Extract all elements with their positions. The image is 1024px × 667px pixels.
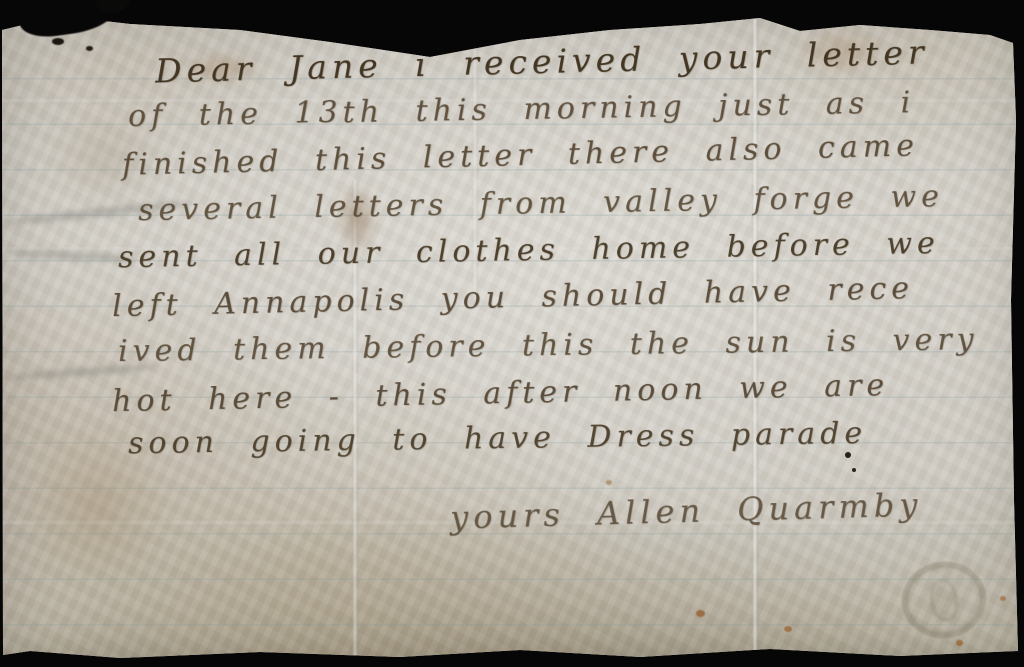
ink-speck bbox=[852, 468, 856, 472]
rust-spot bbox=[696, 610, 705, 617]
rust-spot bbox=[1000, 596, 1006, 601]
ink-speck bbox=[845, 452, 851, 458]
ink-speck bbox=[86, 46, 93, 51]
rust-spot bbox=[956, 640, 963, 646]
rust-spot bbox=[784, 626, 792, 632]
scanned-letter-image: Dear Jane i received your letter of the … bbox=[0, 0, 1024, 667]
embossed-seal-center bbox=[928, 577, 960, 622]
tan-stain bbox=[402, 12, 480, 56]
letter-paper: Dear Jane i received your letter of the … bbox=[0, 0, 1024, 667]
dark-stain bbox=[512, 2, 578, 38]
ink-speck bbox=[52, 38, 64, 45]
rust-spot bbox=[606, 480, 612, 485]
